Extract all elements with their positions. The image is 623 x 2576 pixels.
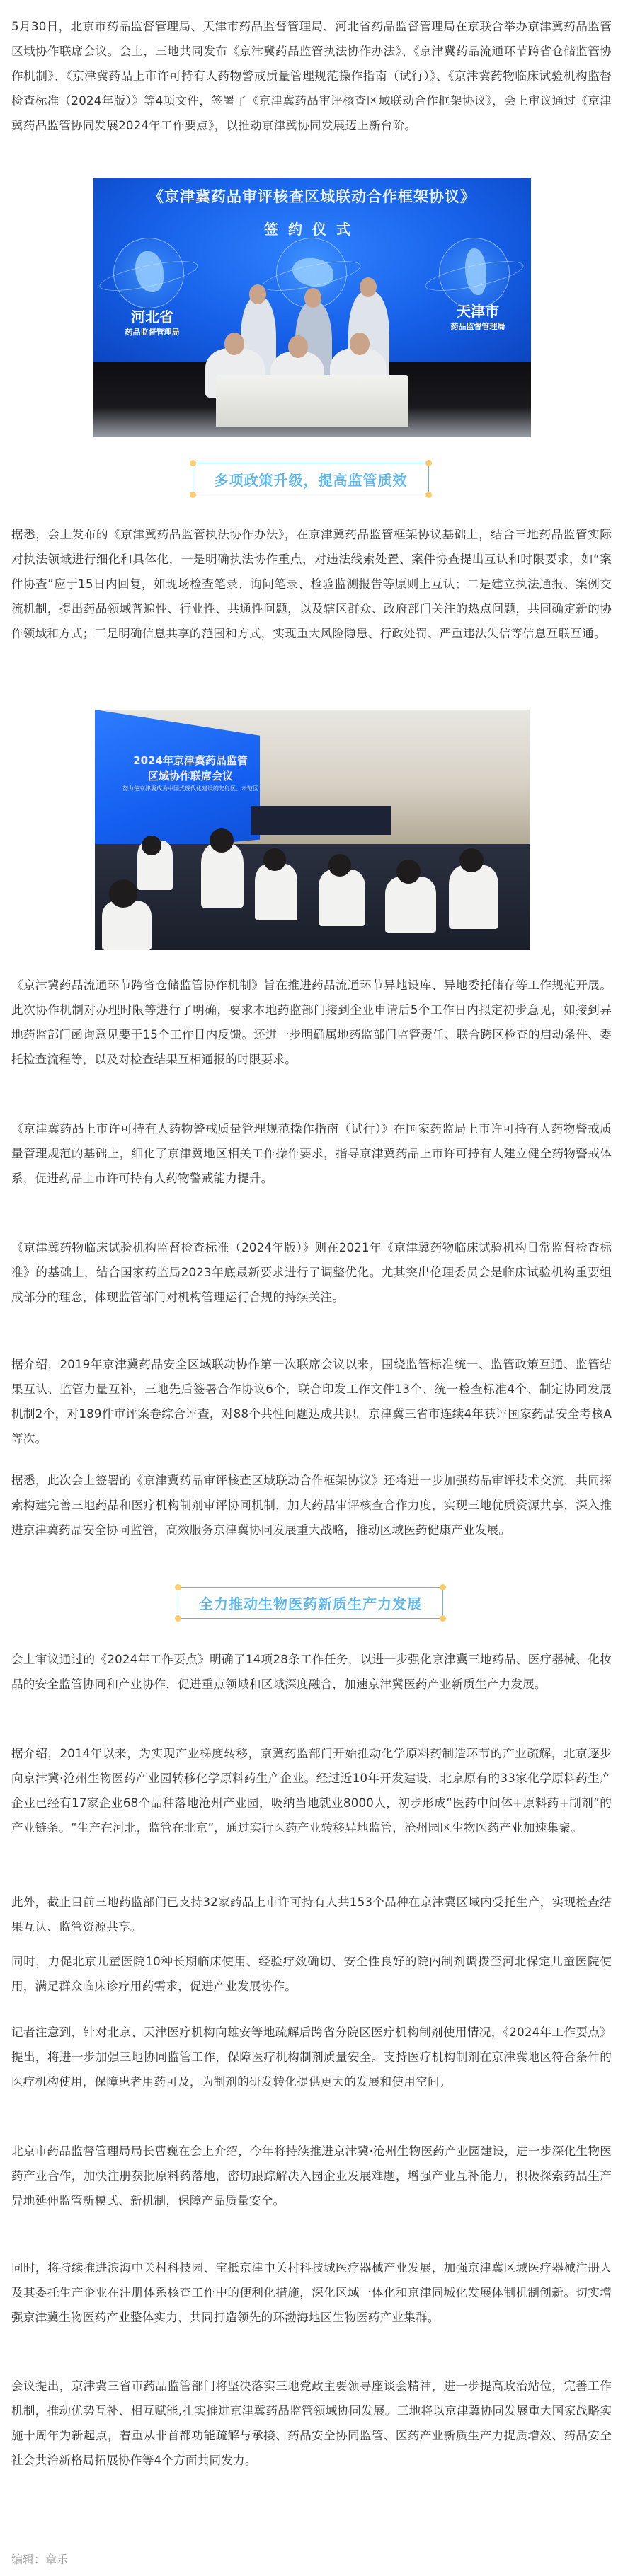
article-paragraph-childrens-hospital: 同时，力促北京儿童医院10种长期临床使用、经验疗效确切、安全性良好的院内制剂调拨… (11, 1949, 612, 1999)
photo-person-head (210, 828, 234, 853)
photo-screen-title: 《京津冀药品审评核查区域联动合作框架协议》 (93, 185, 531, 207)
corner-dot-icon (440, 1584, 446, 1590)
photo-person-head (360, 277, 377, 297)
photo-person (102, 901, 152, 950)
photo-person (319, 870, 365, 926)
article-paragraph-clinical-trial-standard: 《京津冀药物临床试验机构监督检查标准（2024年版）》则在2021年《京津冀药物… (11, 1235, 612, 1310)
article-paragraph-hospital-preparations: 记者注意到，针对北京、天津医疗机构向雄安等地疏解后跨省分院区医疗机构制剂使用情况… (11, 2020, 612, 2094)
photo-label-hebei: 河北省 药品监督管理局 (106, 306, 198, 337)
corner-dot-icon (425, 492, 432, 498)
photo-person-head (459, 848, 484, 872)
article-paragraph-pharmacovigilance: 《京津冀药品上市许可持有人药物警戒质量管理规范操作指南（试行）》在国家药监局上市… (11, 1116, 612, 1191)
article-paragraph-cangzhou-park: 北京市药品监督管理局局长曹巍在会上介绍，今年将持续推进京津冀·沧州生物医药产业园… (11, 2139, 612, 2213)
tianjin-map-globe-icon (439, 238, 510, 308)
article-paragraph-achievements: 据介绍，2019年京津冀药品安全区域联动协作第一次联席会议以来，围绕监管标准统一… (11, 1352, 612, 1451)
article-paragraph-contract-manufacturing: 此外，截止目前三地药监部门已支持32家药品上市许可持有人共153个品种在京津冀区… (11, 1890, 612, 1939)
corner-dot-icon (175, 1615, 181, 1622)
photo-signing-table (216, 375, 408, 427)
corner-dot-icon (190, 460, 196, 466)
photo-person (201, 844, 244, 908)
corner-dot-icon (190, 492, 196, 498)
photo-person-head (350, 333, 370, 355)
article-paragraph-enforcement: 据悉，会上发布的《京津冀药品监管执法协作办法》，在京津冀药品监管框架协议基础上，… (11, 522, 612, 646)
photo-screen-subtitle: 签约仪式 (93, 218, 531, 238)
photo-person-head (288, 335, 308, 358)
article-paragraph-work-points: 会上审议通过的《2024年工作要点》明确了14项28条工作任务，以进一步强化京津… (11, 1647, 612, 1697)
section-heading-text: 全力推动生物医药新质生产力发展 (199, 1593, 422, 1613)
photo-meeting-screen-title: 2024年京津冀药品监管 区域协作联席会议 努力使京津冀成为中国式现代化建设的先… (121, 753, 260, 794)
corner-dot-icon (175, 1584, 181, 1590)
article-paragraph-intro: 5月30日，北京市药品监督管理局、天津市药品监督管理局、河北省药品监督管理局在京… (11, 14, 612, 138)
photo-person-head (109, 879, 137, 908)
article-paragraph-storage-mechanism: 《京津冀药品流通环节跨省仓储监管协作机制》旨在推进药品流通环节异地设库、异地委托… (11, 973, 612, 1072)
photo-person-head (263, 848, 286, 871)
article-paragraph-conclusion: 会议提出，京津冀三省市药品监管部门将坚决落实三地党政主要领导座谈会精神，进一步提… (11, 2374, 612, 2473)
photo-person-head (304, 288, 321, 308)
photo-label-tianjin: 天津市 药品监督管理局 (432, 300, 524, 332)
section-heading-biomedicine: 全力推动生物医药新质生产力发展 (178, 1587, 443, 1619)
photo-person (255, 864, 297, 920)
photo-meeting-far-table (251, 806, 390, 835)
section-heading-policy-upgrade: 多项政策升级，提高监管质效 (193, 463, 429, 495)
photo-person-head (396, 860, 421, 884)
photo-person (449, 865, 498, 929)
article-paragraph-medical-devices: 同时，将持续推进滨海中关村科技园、宝抵京津中关村科技城医疗器械产业发展，加强京津… (11, 2256, 612, 2330)
section-heading-text: 多项政策升级，提高监管质效 (215, 469, 408, 490)
editor-credit: 编辑：章乐 (11, 2551, 68, 2568)
photo-person-head (328, 854, 351, 877)
article-paragraph-industry-transfer: 据介绍，2014年以来，为实现产业梯度转移，京冀药监部门开始推动化学原料药制造环… (11, 1741, 612, 1840)
joint-meeting-photo: 2024年京津冀药品监管 区域协作联席会议 努力使京津冀成为中国式现代化建设的先… (95, 710, 530, 950)
photo-person (385, 877, 436, 933)
signing-ceremony-photo: 《京津冀药品审评核查区域联动合作框架协议》 签约仪式 河北省 药品监督管理局 天… (93, 178, 531, 437)
photo-person-head (224, 333, 244, 355)
article-paragraph-review-agreement: 据悉，此次会上签署的《京津冀药品审评核查区域联动合作框架协议》还将进一步加强药品… (11, 1468, 612, 1542)
photo-person-head (249, 284, 266, 304)
corner-dot-icon (440, 1615, 446, 1622)
photo-person-head (142, 836, 161, 855)
corner-dot-icon (425, 460, 432, 466)
hebei-map-globe-icon (113, 238, 184, 308)
